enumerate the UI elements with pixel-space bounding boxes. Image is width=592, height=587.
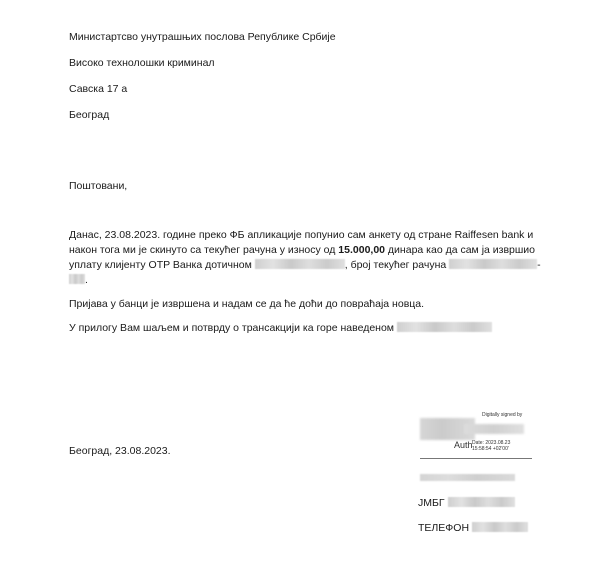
body-p1-line3-c: - (537, 259, 541, 271)
period: . (85, 274, 88, 286)
amount: 15.000,00 (338, 244, 385, 256)
redacted-account-end (69, 274, 85, 284)
recipient-line-3: Савска 17 а (69, 83, 127, 95)
jmbg-label: ЈМБГ (418, 497, 445, 509)
phone-label: ТЕЛЕФОН (418, 522, 469, 534)
body-p2: Пријава у банци је извршена и надам се д… (69, 298, 424, 310)
redacted-account (449, 259, 537, 269)
place-date: Београд, 23.08.2023. (69, 445, 171, 457)
digitally-signed-label: Digitally signed by (482, 412, 522, 418)
redacted-address (420, 474, 515, 481)
signature-rule (420, 458, 532, 459)
phone-row: ТЕЛЕФОН (418, 522, 528, 534)
redacted-jmbg (448, 497, 515, 507)
body-p1-line4: . (69, 274, 88, 286)
auth-label: Auth (454, 440, 473, 450)
jmbg-row: ЈМБГ (418, 497, 515, 509)
signature-date: Date: 2023.08.23 15:58:54 +02'00' (472, 440, 510, 452)
recipient-line-2: Високо технолошки криминал (69, 57, 215, 69)
redacted-signer (464, 424, 524, 434)
body-p1-line2: након тога ми је скинуто са текућег рачу… (69, 244, 535, 256)
body-p3-text: У прилогу Вам шаљем и потврду о трансакц… (69, 322, 394, 334)
body-p1-line3-a: уплату клијенту OTP Вaнка дотичном (69, 259, 252, 271)
digital-signature: Digitally signed by Auth Date: 2023.08.2… (412, 410, 537, 460)
greeting: Поштовани, (69, 180, 127, 192)
redacted-phone (472, 522, 528, 532)
body-p1-line2-b: динара као да сам ја извршио (385, 244, 535, 256)
body-p3: У прилогу Вам шаљем и потврду о трансакц… (69, 322, 492, 334)
recipient-line-4: Београд (69, 109, 109, 121)
signature-date-line2: 15:58:54 +02'00' (472, 446, 510, 452)
body-p1-line3: уплату клијенту OTP Вaнка дотичном , бро… (69, 259, 541, 271)
redacted-name (255, 259, 345, 269)
body-p1-line1: Данас, 23.08.2023. године преко ФБ аплик… (69, 229, 533, 241)
redacted-reference (397, 322, 492, 332)
body-p1-line3-b: , број текућег рачуна (345, 259, 447, 271)
body-p1-line2-a: након тога ми је скинуто са текућег рачу… (69, 244, 338, 256)
recipient-line-1: Министартсво унутрашњих послова Републик… (69, 31, 336, 43)
